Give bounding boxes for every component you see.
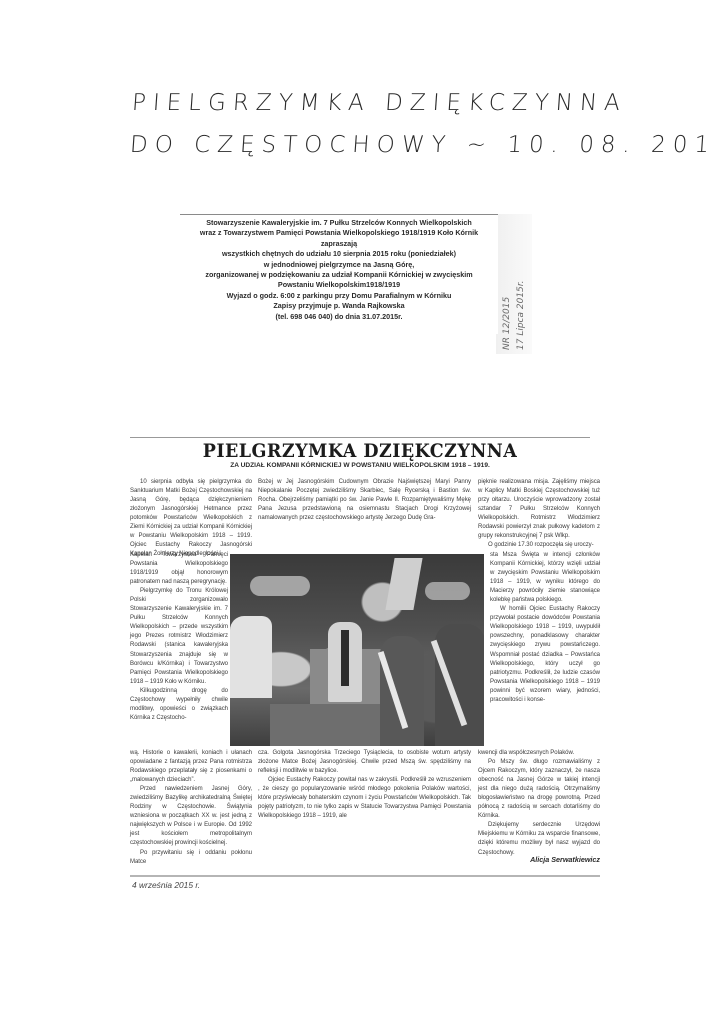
- article-column-3-top: pięknie realizowana misja. Zajęliśmy mie…: [478, 478, 600, 550]
- article-column-3-middle: sta Msza Święta w intencji członków Komp…: [490, 551, 600, 705]
- invitation-line: w jednodniowej pielgrzymce na Jasną Górę…: [180, 260, 498, 270]
- invitation-line: zapraszają: [180, 239, 498, 249]
- paragraph: Po Mszy św. długo rozmawialiśmy z Ojcem …: [478, 758, 600, 821]
- paragraph: Przed nawiedzeniem Jasnej Góry, zwiedzil…: [130, 785, 252, 848]
- photo-flowers: [250, 576, 310, 596]
- article-photo-mass: [230, 554, 484, 746]
- article-column-3-bottom: kwencji dla współczesnych Polaków. Po Ms…: [478, 749, 600, 858]
- paragraph: cza. Golgota Jasnogórska Trzeciego Tysią…: [258, 749, 471, 776]
- margin-note-number: NR 12/2015: [500, 280, 514, 350]
- invitation-clipping: Stowarzyszenie Kawaleryjskie im. 7 Pułku…: [180, 214, 498, 334]
- photo-priest-left: [230, 616, 272, 698]
- handwritten-title-line-2: DO CZĘSTOCHOWY ~ 10. 08. 2015r.: [129, 132, 717, 158]
- photo-flowers: [425, 582, 470, 600]
- invitation-line: zorganizowanej w podziękowaniu za udział…: [180, 270, 498, 280]
- paragraph: 10 sierpnia odbyła się pielgrzymka do Sa…: [130, 478, 252, 559]
- article-column-1-top: 10 sierpnia odbyła się pielgrzymka do Sa…: [130, 478, 252, 559]
- article-column-1-bottom: wą. Historie o kawalerii, koniach i ułan…: [130, 749, 252, 867]
- paragraph: Pielgrzymkę do Tronu Królowej Polski zor…: [130, 587, 228, 687]
- paragraph: Kapelan Towarzystwa Pamięci Powstania Wi…: [130, 551, 228, 587]
- handwritten-title-line-1: PIELGRZYMKA DZIĘKCZYNNA: [131, 90, 628, 116]
- paragraph: wą. Historie o kawalerii, koniach i ułan…: [130, 749, 252, 785]
- photo-regiment-banner: [385, 558, 422, 610]
- issue-date: 4 września 2015 r.: [132, 880, 200, 890]
- article-column-2-bottom: cza. Golgota Jasnogórska Trzeciego Tysią…: [258, 749, 471, 821]
- article-title: PIELGRZYMKA DZIĘKCZYNNA: [148, 440, 571, 462]
- invitation-line: wraz z Towarzystwem Pamięci Powstania Wi…: [180, 228, 498, 238]
- article-column-2-top: Bożej w Jej Jasnogórskim Cudownym Obrazi…: [258, 478, 471, 523]
- invitation-line: (tel. 698 046 040) do dnia 31.07.2015r.: [180, 312, 498, 322]
- paragraph: Kilkugodzinną drogę do Częstochowy wypeł…: [130, 687, 228, 723]
- paragraph: kwencji dla współczesnych Polaków.: [478, 749, 600, 758]
- photo-stole: [341, 630, 349, 686]
- photo-cadet: [435, 624, 484, 746]
- margin-note-date: 17 Lipca 2015r.: [514, 280, 528, 350]
- photo-cadet: [380, 636, 424, 746]
- paragraph: Bożej w Jej Jasnogórskim Cudownym Obrazi…: [258, 478, 471, 523]
- margin-note: NR 12/2015 17 Lipca 2015r.: [500, 350, 540, 440]
- paragraph: sta Msza Święta w intencji członków Komp…: [490, 551, 600, 605]
- paragraph: W homilii Ojciec Eustachy Rakoczy przywo…: [490, 605, 600, 705]
- invitation-line: Powstaniu Wielkopolskim1918/1919: [180, 280, 498, 290]
- article-subtitle: ZA UDZIAŁ KOMPANII KÓRNICKIEJ W POWSTANI…: [130, 462, 590, 469]
- invitation-line: Stowarzyszenie Kawaleryjskie im. 7 Pułku…: [180, 218, 498, 228]
- paragraph: Po przywitaniu się i oddaniu pokłonu Mat…: [130, 849, 252, 867]
- invitation-line: Wyjazd o godz. 6:00 z parkingu przy Domu…: [180, 291, 498, 301]
- paragraph: Dziękujemy serdecznie Urzędowi Miejskiem…: [478, 821, 600, 857]
- invitation-line: Zapisy przyjmuje p. Wanda Rajkowska: [180, 301, 498, 311]
- article-column-1-middle: Kapelan Towarzystwa Pamięci Powstania Wi…: [130, 551, 228, 723]
- article-author: Alicja Serwatkiewicz: [478, 855, 600, 864]
- paragraph: Ojciec Eustachy Rakoczy powitał nas w za…: [258, 776, 471, 821]
- paragraph: O godzinie 17.30 rozpoczęła się uroczy-: [478, 541, 600, 550]
- invitation-line: wszystkich chętnych do udziału 10 sierpn…: [180, 249, 498, 259]
- bottom-rule: [130, 875, 600, 877]
- paragraph: pięknie realizowana misja. Zajęliśmy mie…: [478, 478, 600, 541]
- article-top-rule: [130, 437, 590, 438]
